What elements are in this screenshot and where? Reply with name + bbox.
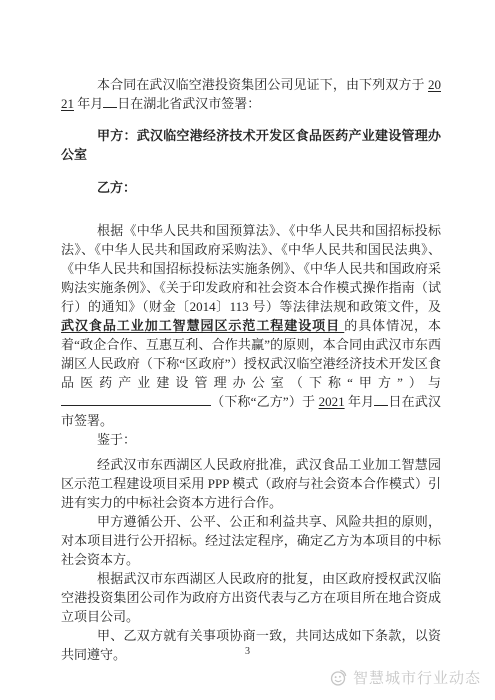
paragraph-recital-2: 甲方遵循公开、公平、公正和利益共享、风险共担的原则，对本项目进行公开招标。经过法…: [61, 512, 441, 569]
paragraph-recital-3: 根据武汉市东西湖区人民政府的批复，由区政府授权武汉临空港投资集团公司作为政府方出…: [61, 569, 441, 626]
document-page: 本合同在武汉临空港投资集团公司见证下，由下列双方于 2021 年月日在湖北省武汉…: [0, 0, 495, 700]
text-run: 本合同在武汉临空港投资集团公司见证下，由下列双方于: [97, 77, 428, 92]
page-number: 3: [0, 646, 495, 657]
text-run: 2021: [319, 394, 345, 409]
paragraph-legal-basis: 根据《中华人民共和国预算法》、《中华人民共和国招标投标法》、《中华人民共和国政府…: [61, 221, 441, 430]
smiley-logo-icon: [329, 668, 348, 687]
paragraph-intro: 本合同在武汉临空港投资集团公司见证下，由下列双方于 2021 年月日在湖北省武汉…: [61, 75, 441, 113]
text-run: 乙方：: [97, 180, 136, 195]
paragraph-party-a: 甲方：武汉临空港经济技术开发区食品医药产业建设管理办公室: [61, 126, 441, 164]
text-run: 鉴于：: [97, 432, 136, 447]
text-run: 甲方：武汉临空港经济技术开发区食品医药产业建设管理办公室: [61, 128, 441, 162]
text-run: 经武汉市东西湖区人民政府批准，武汉食品工业加工智慧园区示范工程建设项目采用 PP…: [61, 457, 441, 510]
watermark-text: 智慧城市行业动态: [353, 667, 481, 688]
text-run: 年月: [345, 394, 375, 409]
watermark: 智慧城市行业动态: [329, 667, 481, 688]
text-run: 根据《中华人民共和国预算法》、《中华人民共和国招标投标法》、《中华人民共和国政府…: [61, 223, 441, 314]
paragraph-recital-1: 经武汉市东西湖区人民政府批准，武汉食品工业加工智慧园区示范工程建设项目采用 PP…: [61, 455, 441, 512]
paragraph-whereas: 鉴于：: [61, 430, 441, 449]
text-run: 甲方遵循公开、公平、公正和利益共享、风险共担的原则，对本项目进行公开招标。经过法…: [61, 514, 441, 567]
document-body: 本合同在武汉临空港投资集团公司见证下，由下列双方于 2021 年月日在湖北省武汉…: [61, 75, 441, 664]
text-run: （下称“乙方”）于: [211, 394, 319, 409]
paragraph-agreement: 甲、乙双方就有关事项协商一致，共同达成如下条款，以资共同遵守。: [61, 626, 441, 664]
text-run: 武汉食品工业加工智慧园区示范工程建设项目: [61, 318, 344, 333]
paragraph-party-b: 乙方：: [61, 178, 441, 197]
text-run: 年月: [74, 96, 103, 111]
blank-underline: [61, 393, 211, 406]
blank-underline: [374, 393, 388, 406]
text-run: 根据武汉市东西湖区人民政府的批复，由区政府授权武汉临空港投资集团公司作为政府方出…: [61, 571, 441, 624]
text-run: 日在湖北省武汉市签署：: [117, 96, 260, 111]
blank-underline: [103, 95, 117, 108]
